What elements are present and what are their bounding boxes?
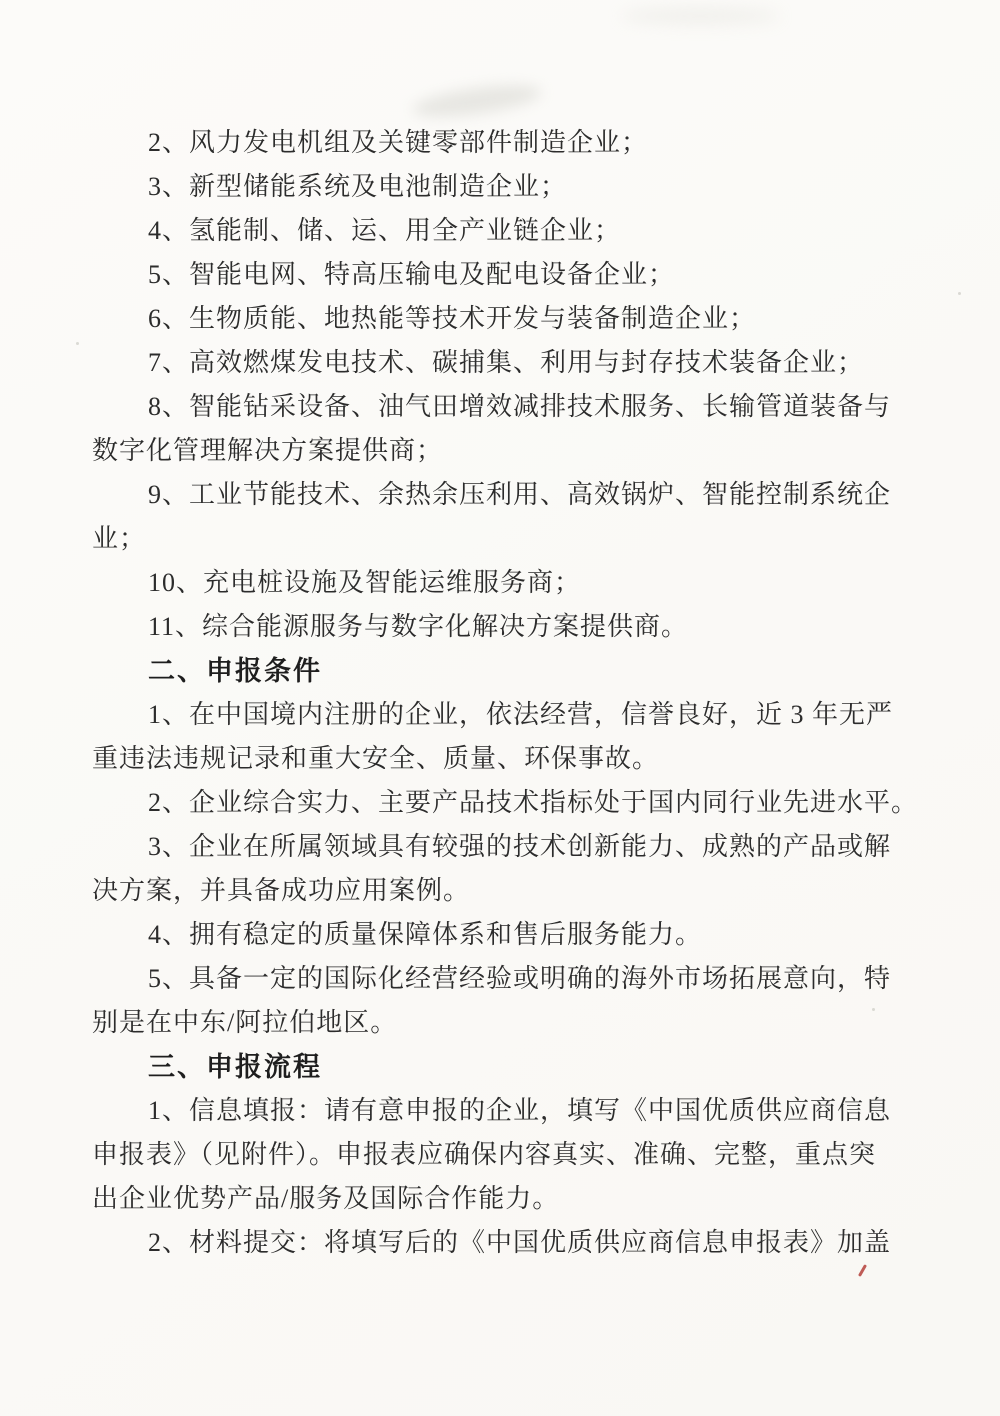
text-line: 2、企业综合实力、主要产品技术指标处于国内同行业先进水平。 [92,781,912,825]
document-content: 2、风力发电机组及关键零部件制造企业；3、新型储能系统及电池制造企业；4、氢能制… [92,121,912,1265]
text-line: 8、智能钻采设备、油气田增效减排技术服务、长输管道装备与 [92,385,912,429]
text-line: 3、企业在所属领域具有较强的技术创新能力、成熟的产品或解 [92,825,912,869]
text-line: 6、生物质能、地热能等技术开发与装备制造企业； [92,297,912,341]
text-line: 9、工业节能技术、余热余压利用、高效锅炉、智能控制系统企 [92,473,912,517]
text-line: 7、高效燃煤发电技术、碳捕集、利用与封存技术装备企业； [92,341,912,385]
section-heading: 三、申报流程 [92,1045,912,1089]
text-line: 10、充电桩设施及智能运维服务商； [92,561,912,605]
section-heading: 二、申报条件 [92,649,912,693]
text-line: 4、拥有稳定的质量保障体系和售后服务能力。 [92,913,912,957]
text-line: 数字化管理解决方案提供商； [92,429,912,473]
scan-speck [76,342,79,345]
scan-smudge [411,79,543,123]
text-line: 2、材料提交：将填写后的《中国优质供应商信息申报表》加盖 [92,1221,912,1265]
text-line: 3、新型储能系统及电池制造企业； [92,165,912,209]
text-line: 出企业优势产品/服务及国际合作能力。 [92,1177,912,1221]
text-line: 2、风力发电机组及关键零部件制造企业； [92,121,912,165]
text-line: 重违法违规记录和重大安全、质量、环保事故。 [92,737,912,781]
text-line: 11、综合能源服务与数字化解决方案提供商。 [92,605,912,649]
text-line: 5、智能电网、特高压输电及配电设备企业； [92,253,912,297]
text-line: 别是在中东/阿拉伯地区。 [92,1001,912,1045]
text-line: 1、在中国境内注册的企业，依法经营，信誉良好，近 3 年无严 [92,693,912,737]
text-line: 5、具备一定的国际化经营经验或明确的海外市场拓展意向，特 [92,957,912,1001]
document-page: 2、风力发电机组及关键零部件制造企业；3、新型储能系统及电池制造企业；4、氢能制… [0,0,1000,1416]
text-line: 业； [92,517,912,561]
scan-speck [958,292,961,295]
text-line: 决方案，并具备成功应用案例。 [92,869,912,913]
red-pen-mark [858,1264,867,1277]
text-line: 4、氢能制、储、运、用全产业链企业； [92,209,912,253]
text-line: 申报表》（见附件）。申报表应确保内容真实、准确、完整，重点突 [92,1133,912,1177]
text-line: 1、信息填报：请有意申报的企业，填写《中国优质供应商信息 [92,1089,912,1133]
scan-smudge-top [620,8,780,24]
scan-speck [872,1008,875,1011]
